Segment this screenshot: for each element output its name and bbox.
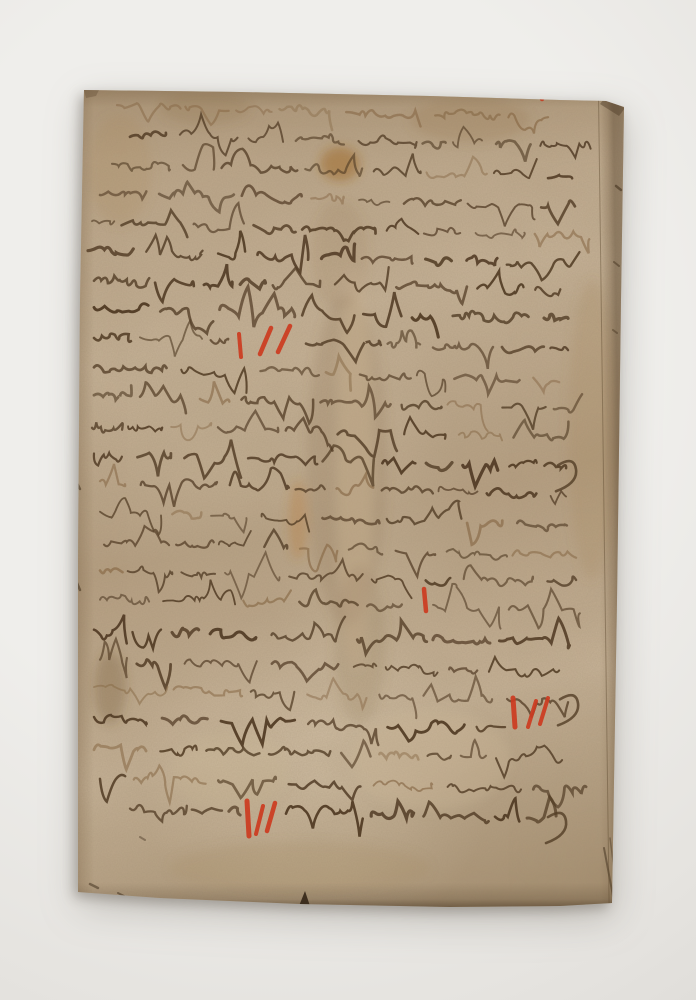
manuscript-artwork [0,0,696,1000]
parchment-page [0,0,696,1000]
photo-backdrop: Photograph of a small medieval codex on … [0,0,696,1000]
manuscript-book [0,0,696,1000]
